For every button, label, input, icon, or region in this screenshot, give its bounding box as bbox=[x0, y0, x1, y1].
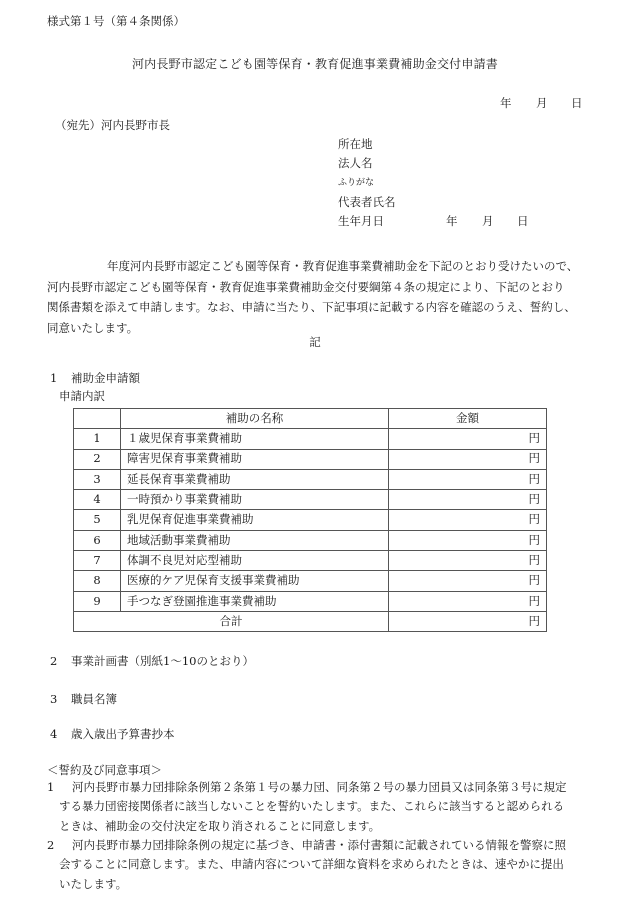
section-number: 1 bbox=[50, 373, 71, 385]
table-header-row: 補助の名称 金額 bbox=[74, 409, 547, 429]
grant-name: 乳児保育促進事業費補助 bbox=[121, 510, 389, 530]
statement-line: 河内長野市認定こども園等保育・教育促進事業費補助金交付要綱第４条の規定により、下… bbox=[47, 277, 587, 298]
total-row: 合計 円 bbox=[74, 611, 547, 631]
row-number: 3 bbox=[74, 469, 121, 489]
row-number: 8 bbox=[74, 571, 121, 591]
yen-unit: 円 bbox=[529, 431, 541, 445]
total-amount-field[interactable]: 円 bbox=[389, 611, 547, 631]
section-4-heading: 4歳入歳出予算書抄本 bbox=[50, 729, 175, 741]
date-day-field[interactable]: 日 bbox=[571, 98, 583, 110]
column-header-number bbox=[74, 409, 121, 429]
consent-item-2: 2河内長野市暴力団排除条例の規定に基づき、申請書・添付書類に記載されている情報を… bbox=[47, 836, 607, 894]
amount-field[interactable]: 円 bbox=[389, 449, 547, 469]
section-label: 事業計画書（別紙1～10のとおり） bbox=[71, 654, 254, 668]
amount-field[interactable]: 円 bbox=[389, 530, 547, 550]
date-year-field[interactable]: 年 bbox=[500, 98, 512, 110]
consent-text: する暴力団密接関係者に該当しないことを誓約いたします。また、これらに該当すると認… bbox=[47, 797, 607, 816]
birthdate-month[interactable]: 月 bbox=[482, 216, 494, 228]
address-field[interactable]: 所在地 bbox=[338, 139, 373, 151]
table-row: 2 障害児保育事業費補助 円 bbox=[74, 449, 547, 469]
amount-field[interactable]: 円 bbox=[389, 591, 547, 611]
table-row: 8 医療的ケア児保育支援事業費補助 円 bbox=[74, 571, 547, 591]
birthdate-day[interactable]: 日 bbox=[517, 216, 529, 228]
amount-field[interactable]: 円 bbox=[389, 490, 547, 510]
table-row: 4 一時預かり事業費補助 円 bbox=[74, 490, 547, 510]
yen-unit: 円 bbox=[529, 553, 541, 567]
column-header-name: 補助の名称 bbox=[121, 409, 389, 429]
corporation-name-field[interactable]: 法人名 bbox=[338, 158, 373, 170]
row-number: 5 bbox=[74, 510, 121, 530]
representative-name-field[interactable]: 代表者氏名 bbox=[338, 197, 396, 209]
statement-line: 年度河内長野市認定こども園等保育・教育促進事業費補助金を下記のとおり受けたいので… bbox=[47, 256, 587, 277]
table-row: 9 手つなぎ登園推進事業費補助 円 bbox=[74, 591, 547, 611]
table-row: 1 １歳児保育事業費補助 円 bbox=[74, 429, 547, 449]
consent-number: 2 bbox=[47, 836, 72, 855]
birthdate-year[interactable]: 年 bbox=[446, 216, 458, 228]
yen-unit: 円 bbox=[529, 472, 541, 486]
amount-field[interactable]: 円 bbox=[389, 469, 547, 489]
row-number: 9 bbox=[74, 591, 121, 611]
grant-name: １歳児保育事業費補助 bbox=[121, 429, 389, 449]
total-label: 合計 bbox=[74, 611, 389, 631]
statement-line: 関係書類を添えて申請します。なお、申請に当たり、下記事項に記載する内容を確認のう… bbox=[47, 297, 587, 318]
consent-text: いたします。 bbox=[47, 875, 607, 894]
yen-unit: 円 bbox=[529, 533, 541, 547]
row-number: 4 bbox=[74, 490, 121, 510]
grant-name: 延長保育事業費補助 bbox=[121, 469, 389, 489]
consent-heading: ＜誓約及び同意事項＞ bbox=[47, 765, 162, 777]
form-number: 様式第１号（第４条関係） bbox=[47, 16, 185, 28]
addressee: （宛先）河内長野市長 bbox=[55, 120, 170, 132]
birthdate-field[interactable]: 生年月日 bbox=[338, 216, 384, 228]
application-statement: 年度河内長野市認定こども園等保育・教育促進事業費補助金を下記のとおり受けたいので… bbox=[47, 256, 587, 338]
table-row: 6 地域活動事業費補助 円 bbox=[74, 530, 547, 550]
amount-field[interactable]: 円 bbox=[389, 551, 547, 571]
consent-text: 会することに同意します。また、申請内容について詳細な資料を求められたときは、速や… bbox=[47, 855, 607, 874]
consent-text: ときは、補助金の交付決定を取り消されることに同意します。 bbox=[47, 817, 607, 836]
yen-unit: 円 bbox=[529, 512, 541, 526]
amount-field[interactable]: 円 bbox=[389, 571, 547, 591]
breakdown-subheading: 申請内訳 bbox=[59, 391, 105, 403]
grant-name: 医療的ケア児保育支援事業費補助 bbox=[121, 571, 389, 591]
yen-unit: 円 bbox=[529, 594, 541, 608]
table-row: 7 体調不良児対応型補助 円 bbox=[74, 551, 547, 571]
section-label: 歳入歳出予算書抄本 bbox=[71, 727, 175, 741]
grant-name: 手つなぎ登園推進事業費補助 bbox=[121, 591, 389, 611]
yen-unit: 円 bbox=[529, 614, 541, 628]
row-number: 6 bbox=[74, 530, 121, 550]
grant-name: 一時預かり事業費補助 bbox=[121, 490, 389, 510]
document-title: 河内長野市認定こども園等保育・教育促進事業費補助金交付申請書 bbox=[0, 58, 630, 70]
grant-name: 地域活動事業費補助 bbox=[121, 530, 389, 550]
yen-unit: 円 bbox=[529, 573, 541, 587]
section-label: 職員名簿 bbox=[71, 692, 117, 706]
ki-marker: 記 bbox=[0, 337, 630, 349]
row-number: 7 bbox=[74, 551, 121, 571]
consent-number: 1 bbox=[47, 778, 72, 797]
section-3-heading: 3職員名簿 bbox=[50, 694, 117, 706]
furigana-field[interactable]: ふりがな bbox=[338, 179, 374, 188]
consent-item-1: 1河内長野市暴力団排除条例第２条第１号の暴力団、同条第２号の暴力団員又は同条第３… bbox=[47, 778, 607, 836]
section-2-heading: 2事業計画書（別紙1～10のとおり） bbox=[50, 656, 254, 668]
table-row: 5 乳児保育促進事業費補助 円 bbox=[74, 510, 547, 530]
section-1-heading: 1補助金申請額 bbox=[50, 373, 140, 385]
consent-text: 河内長野市暴力団排除条例の規定に基づき、申請書・添付書類に記載されている情報を警… bbox=[72, 838, 566, 852]
column-header-amount: 金額 bbox=[389, 409, 547, 429]
amount-field[interactable]: 円 bbox=[389, 429, 547, 449]
grant-name: 体調不良児対応型補助 bbox=[121, 551, 389, 571]
date-month-field[interactable]: 月 bbox=[536, 98, 548, 110]
yen-unit: 円 bbox=[529, 451, 541, 465]
grant-breakdown-table: 補助の名称 金額 1 １歳児保育事業費補助 円 2 障害児保育事業費補助 円 3… bbox=[73, 408, 547, 632]
yen-unit: 円 bbox=[529, 492, 541, 506]
section-number: 2 bbox=[50, 656, 71, 668]
table-row: 3 延長保育事業費補助 円 bbox=[74, 469, 547, 489]
row-number: 1 bbox=[74, 429, 121, 449]
amount-field[interactable]: 円 bbox=[389, 510, 547, 530]
section-number: 3 bbox=[50, 694, 71, 706]
grant-name: 障害児保育事業費補助 bbox=[121, 449, 389, 469]
section-number: 4 bbox=[50, 729, 71, 741]
row-number: 2 bbox=[74, 449, 121, 469]
section-label: 補助金申請額 bbox=[71, 371, 140, 385]
consent-text: 河内長野市暴力団排除条例第２条第１号の暴力団、同条第２号の暴力団員又は同条第３号… bbox=[72, 780, 567, 794]
